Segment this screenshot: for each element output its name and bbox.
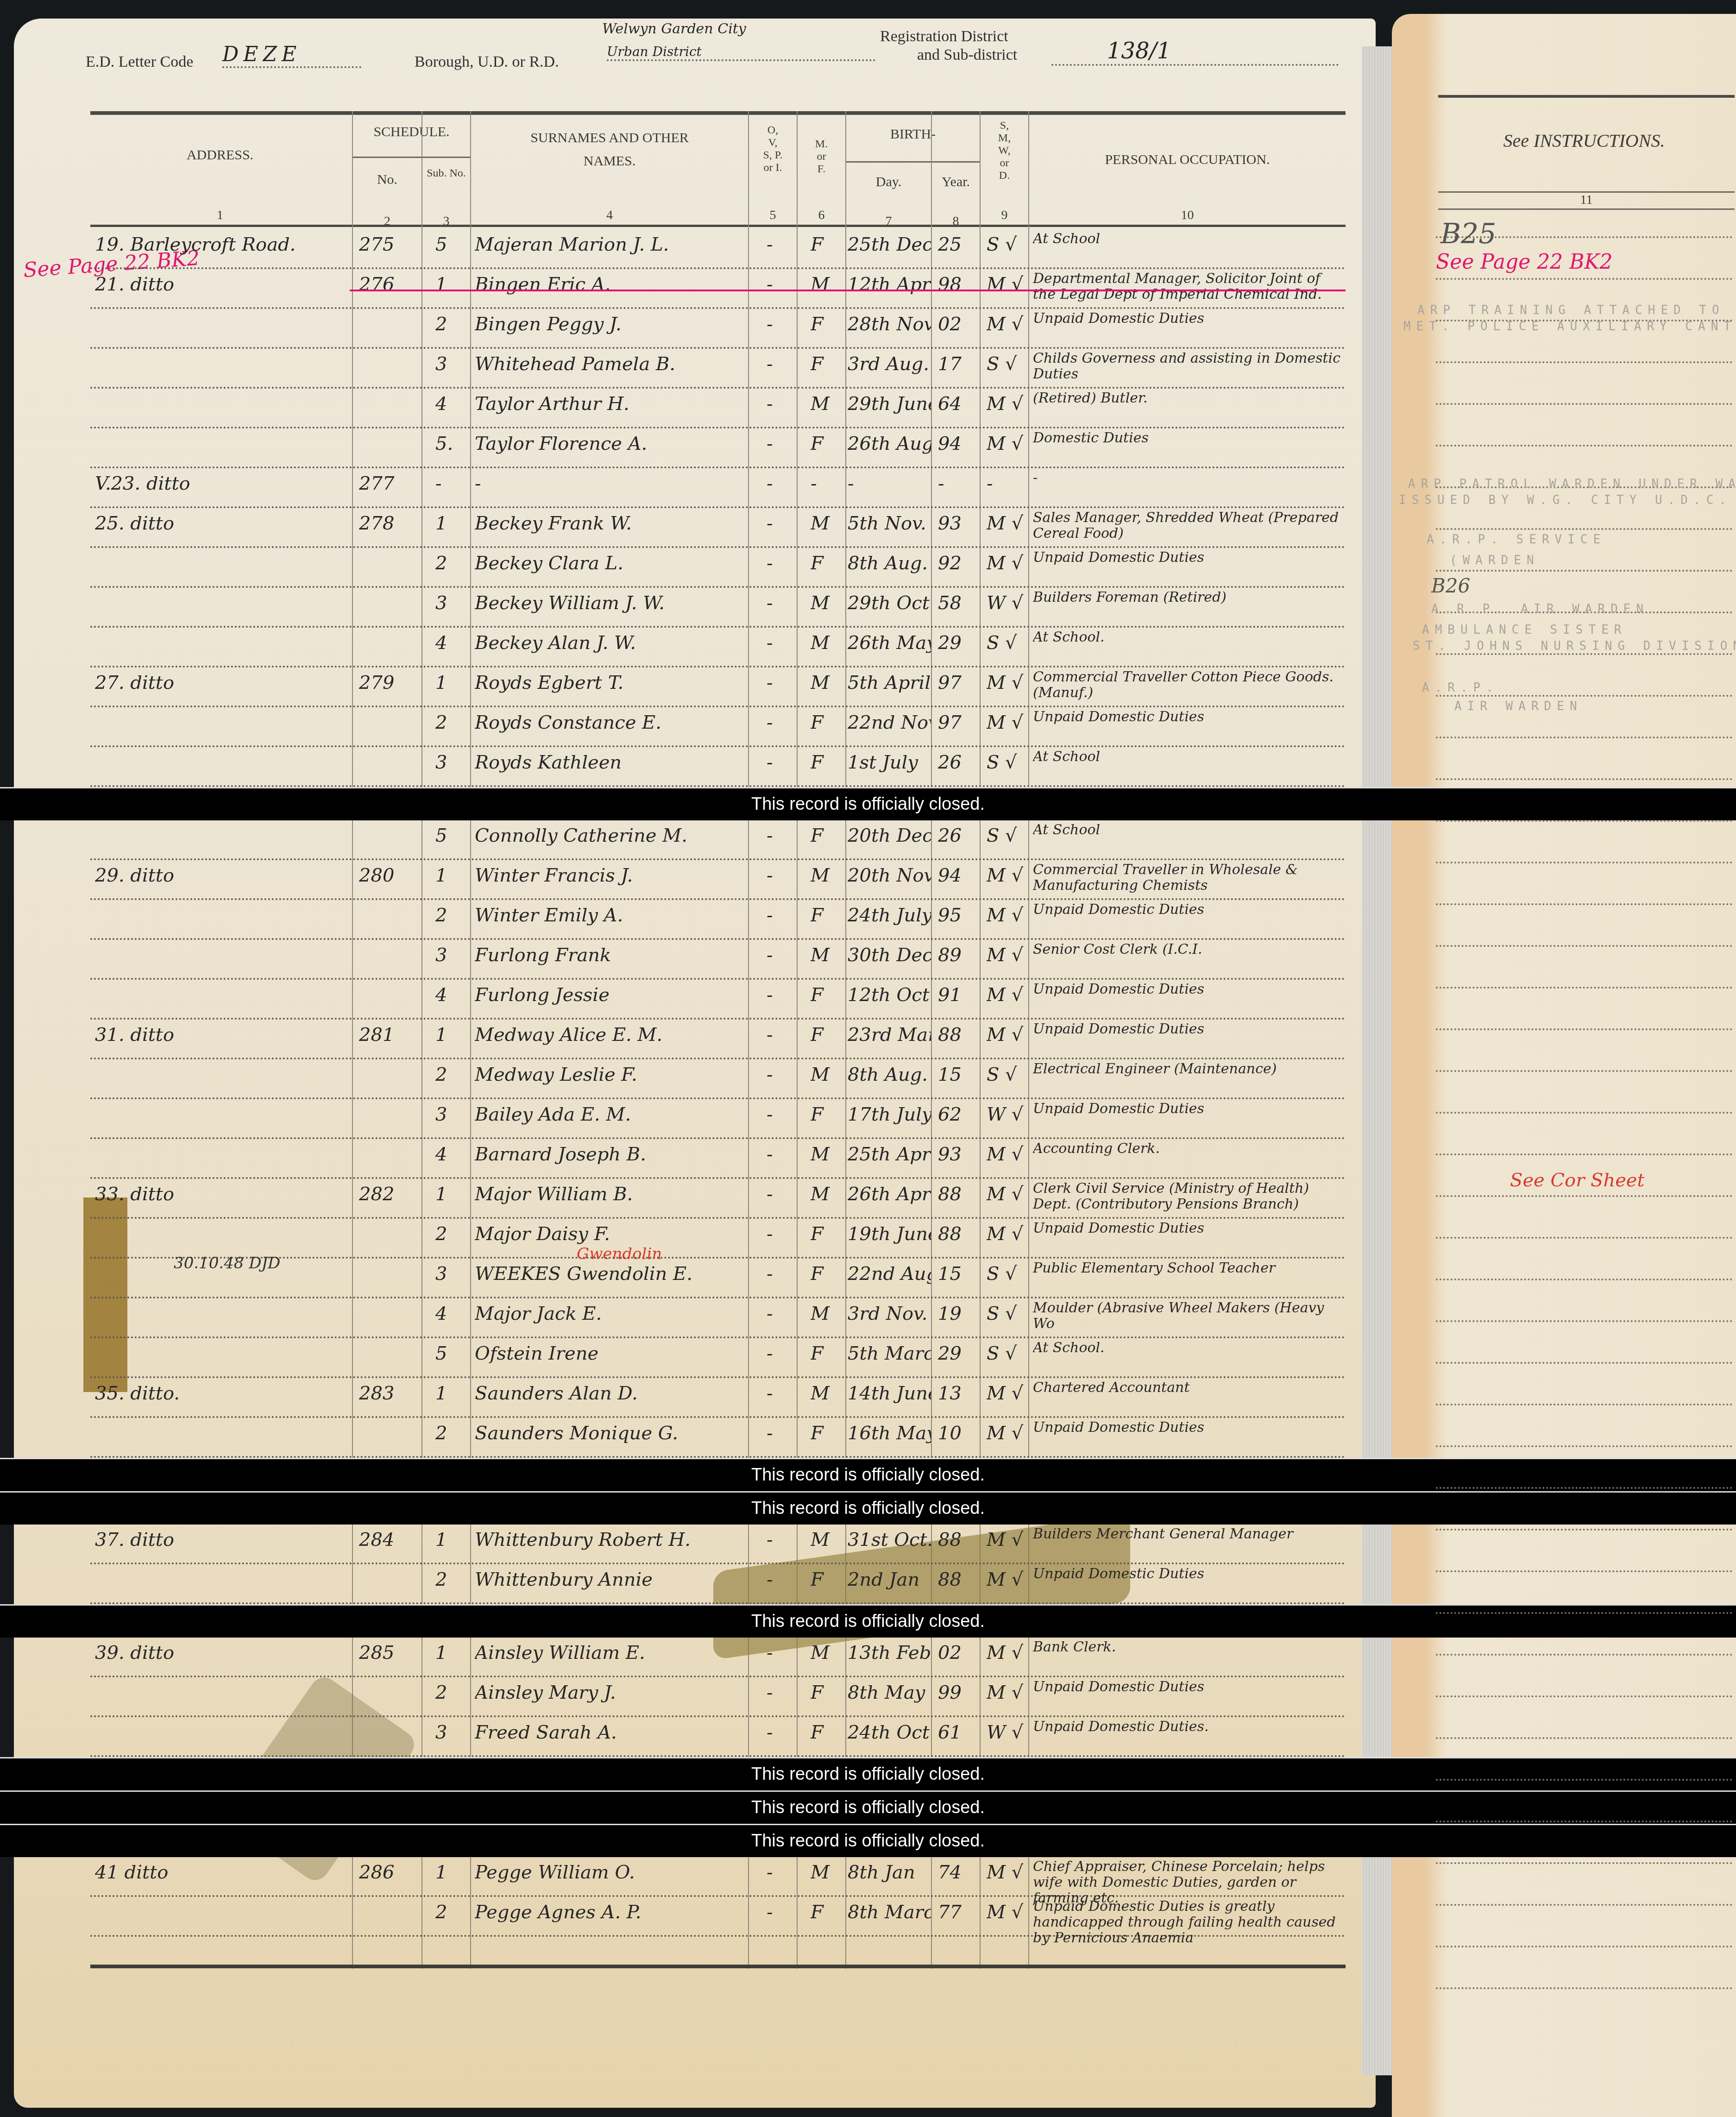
cell-name: Major William B. [475, 1184, 743, 1205]
cell-occupation: Senior Cost Clerk (I.C.I. [1033, 942, 1343, 958]
cell-name: Beckey Clara L. [475, 553, 743, 574]
cell-sub-no: 1 [435, 1529, 463, 1550]
cell-occupation: Unpaid Domestic Duties [1033, 1566, 1343, 1582]
dotted-rule [1436, 1445, 1732, 1447]
dotted-rule [1436, 653, 1732, 655]
dotted-rule [1436, 361, 1732, 363]
cell-sex: F [811, 1343, 838, 1364]
cell-occupation: Chartered Accountant [1033, 1380, 1343, 1396]
cell-name: Beckey Alan J. W. [475, 632, 743, 654]
cell-schedule-no: 282 [359, 1184, 419, 1205]
table-row: 3WEEKES Gwendolin E.-F22nd Aug.15S √Publ… [90, 1259, 1346, 1298]
cell-name: Bingen Peggy J. [475, 314, 743, 335]
dotted-rule [1436, 1946, 1732, 1947]
cell-sex: F [811, 553, 838, 574]
cell-birth-year: 58 [938, 592, 977, 614]
cell-sub-no: 4 [435, 1303, 463, 1324]
cell-address: 29. ditto [95, 865, 345, 886]
cell-ovspi: - [767, 473, 790, 494]
cell-marital-status: S √ [987, 353, 1026, 375]
cell-birth-year: 74 [938, 1862, 977, 1883]
cell-sex: F [811, 1423, 838, 1444]
cell-marital-status: S √ [987, 825, 1026, 846]
dotted-rule [1436, 778, 1732, 780]
dotted-rule [1436, 1695, 1732, 1697]
table-row: 2Whittenbury Annie-F2nd Jan88M √Unpaid D… [90, 1564, 1346, 1604]
cell-marital-status: M √ [987, 1902, 1026, 1923]
cell-birth-day: 30th Dec. [848, 945, 931, 966]
cell-occupation: Unpaid Domestic Duties [1033, 1420, 1343, 1436]
cell-sub-no: - [435, 473, 463, 494]
instructions-col-number: 11 [1438, 191, 1735, 210]
cell-sex: M [811, 1862, 838, 1883]
cell-sub-no: 3 [435, 1104, 463, 1125]
cell-birth-year: 17 [938, 353, 977, 375]
dotted-rule [1436, 737, 1732, 738]
cell-marital-status: M √ [987, 393, 1026, 415]
cell-ovspi: - [767, 1569, 790, 1590]
cell-ovspi: - [767, 1682, 790, 1703]
cell-marital-status: M √ [987, 672, 1026, 693]
cell-name: Major Daisy F. [475, 1223, 743, 1245]
cell-sub-no: 2 [435, 1569, 463, 1590]
cell-sub-no: 3 [435, 752, 463, 773]
cell-sub-no: 2 [435, 1902, 463, 1923]
col-schedule-no: No.2 [352, 157, 421, 231]
borough-value-line2: Urban District [607, 44, 875, 61]
dotted-rule [1436, 1612, 1732, 1614]
dotted-rule [1436, 528, 1732, 530]
cell-sex: F [811, 984, 838, 1006]
cell-name: Furlong Frank [475, 945, 743, 966]
cell-ovspi: - [767, 513, 790, 534]
table-row: 2Ainsley Mary J.-F8th May99M √Unpaid Dom… [90, 1677, 1346, 1717]
cell-sex: F [811, 1569, 838, 1590]
cell-sub-no: 2 [435, 1682, 463, 1703]
cell-marital-status: S √ [987, 1343, 1026, 1364]
cell-birth-day: 22nd Aug. [848, 1263, 931, 1285]
dotted-rule [1436, 1070, 1732, 1072]
dotted-rule [1436, 1821, 1732, 1822]
cell-name: Royds Egbert T. [475, 672, 743, 693]
dotted-rule [1436, 445, 1732, 447]
cell-marital-status: M √ [987, 865, 1026, 886]
instructions-note: A.R.P. SERVICE [1427, 533, 1606, 547]
table-row: 5.Taylor Florence A.-F26th Aug.94M √Dome… [90, 428, 1346, 468]
cell-ovspi: - [767, 632, 790, 654]
cell-birth-year: 97 [938, 712, 977, 733]
cell-ovspi: - [767, 433, 790, 454]
cell-marital-status: M √ [987, 1569, 1026, 1590]
table-row: 4Furlong Jessie-F12th Oct.91M √Unpaid Do… [90, 980, 1346, 1020]
cell-sex: M [811, 1642, 838, 1663]
cell-schedule-no: 284 [359, 1529, 419, 1550]
cell-sex: F [811, 1104, 838, 1125]
cell-marital-status: S √ [987, 234, 1026, 255]
dotted-rule [1436, 1195, 1732, 1197]
cell-occupation: Moulder (Abrasive Wheel Makers (Heavy Wo [1033, 1300, 1343, 1332]
cell-occupation: At School. [1033, 630, 1343, 645]
dotted-rule [1436, 1529, 1732, 1531]
cell-address: V.23. ditto [95, 473, 345, 494]
cell-birth-day: 8th Aug. [848, 1064, 931, 1085]
cell-birth-year: 15 [938, 1263, 977, 1285]
cell-birth-year: 61 [938, 1722, 977, 1743]
dotted-rule [1436, 862, 1732, 863]
cell-sex: F [811, 1223, 838, 1245]
cell-occupation: Public Elementary School Teacher [1033, 1260, 1343, 1276]
col-birth-year: Year.8 [931, 161, 980, 231]
cell-birth-day: 3rd Aug. [848, 353, 931, 375]
table-header: ADDRESS.1 SCHEDULE. No.2 Sub. No.3 SURNA… [90, 111, 1346, 227]
cell-ovspi: - [767, 865, 790, 886]
dotted-rule [1436, 1862, 1732, 1864]
cell-birth-day: 13th Feb. [848, 1642, 931, 1663]
cell-birth-day: 24th Oct. [848, 1722, 931, 1743]
cell-sex: F [811, 1902, 838, 1923]
cell-ovspi: - [767, 945, 790, 966]
dotted-rule [1436, 1737, 1732, 1739]
table-row: 2Beckey Clara L.-F8th Aug.92M √Unpaid Do… [90, 548, 1346, 588]
cell-sub-no: 1 [435, 672, 463, 693]
cell-schedule-no: 276 [359, 274, 419, 295]
dotted-rule [1436, 987, 1732, 989]
cell-ovspi: - [767, 234, 790, 255]
cell-birth-year: 26 [938, 825, 977, 846]
cell-marital-status: M √ [987, 905, 1026, 926]
cell-marital-status: - [987, 473, 1026, 494]
cell-address: 37. ditto [95, 1529, 345, 1550]
instructions-note: AMBULANCE SISTER [1422, 623, 1627, 637]
cell-schedule-no: 283 [359, 1383, 419, 1404]
table-row: 3Furlong Frank-M30th Dec.89M √Senior Cos… [90, 940, 1346, 980]
cell-occupation: Commercial Traveller Cotton Piece Goods.… [1033, 669, 1343, 701]
col-occupation: PERSONAL OCCUPATION.10 [1028, 115, 1346, 225]
cell-sex: F [811, 353, 838, 375]
cell-sex: M [811, 393, 838, 415]
cell-ovspi: - [767, 752, 790, 773]
cell-birth-year: 88 [938, 1184, 977, 1205]
table-row: 2Royds Constance E.-F22nd Nov.97M √Unpai… [90, 707, 1346, 747]
cell-birth-day: 25th April [848, 1144, 931, 1165]
cell-birth-year: 02 [938, 1642, 977, 1663]
sub-district-label: and Sub-district [917, 46, 1017, 64]
cell-sub-no: 2 [435, 553, 463, 574]
dotted-rule [1436, 278, 1732, 280]
cell-occupation: Unpaid Domestic Duties [1033, 709, 1343, 725]
cell-address: 39. ditto [95, 1642, 345, 1663]
cell-ovspi: - [767, 393, 790, 415]
cell-name: Ofstein Irene [475, 1343, 743, 1364]
cell-birth-day: - [848, 473, 931, 494]
cell-sex: M [811, 945, 838, 966]
cell-sub-no: 2 [435, 1223, 463, 1245]
cell-name: Furlong Jessie [475, 984, 743, 1006]
cell-sub-no: 5 [435, 825, 463, 846]
red-correction: Gwendolin [577, 1245, 662, 1263]
cell-sub-no: 3 [435, 592, 463, 614]
table-row: 2Saunders Monique G.-F16th May10M √Unpai… [90, 1418, 1346, 1458]
cell-sub-no: 4 [435, 1144, 463, 1165]
cell-marital-status: M √ [987, 1642, 1026, 1663]
instructions-note: B25 [1440, 218, 1496, 250]
cell-birth-year: 98 [938, 274, 977, 295]
cell-name: Medway Leslie F. [475, 1064, 743, 1085]
registration-district-label: Registration District [880, 28, 1008, 45]
cell-ovspi: - [767, 1722, 790, 1743]
cell-ovspi: - [767, 712, 790, 733]
cell-marital-status: M √ [987, 1423, 1026, 1444]
cell-birth-year: 26 [938, 752, 977, 773]
cell-birth-year: 94 [938, 865, 977, 886]
cell-marital-status: W √ [987, 1722, 1026, 1743]
cell-ovspi: - [767, 1104, 790, 1125]
table-row: 2Major Daisy F.-F19th June88M √Unpaid Do… [90, 1219, 1346, 1259]
table-row: 5Ofstein Irene-F5th March29S √At School. [90, 1338, 1346, 1378]
cell-ovspi: - [767, 1902, 790, 1923]
cell-name: Pegge Agnes A. P. [475, 1902, 743, 1923]
cell-ovspi: - [767, 592, 790, 614]
cell-birth-year: 88 [938, 1024, 977, 1046]
cell-birth-day: 22nd Nov. [848, 712, 931, 733]
closed-record-bar: This record is officially closed. [0, 1824, 1736, 1857]
cell-sub-no: 3 [435, 353, 463, 375]
cell-ovspi: - [767, 1642, 790, 1663]
table-row: 2Winter Emily A.-F24th July95M √Unpaid D… [90, 900, 1346, 940]
cell-birth-year: 77 [938, 1902, 977, 1923]
cell-occupation: (Retired) Butler. [1033, 391, 1343, 406]
cell-birth-year: 95 [938, 905, 977, 926]
table-row: 2Bingen Peggy J.-F28th Nov.02M √Unpaid D… [90, 309, 1346, 349]
cell-sex: M [811, 592, 838, 614]
table-row: 2Pegge Agnes A. P.-F8th March77M √Unpaid… [90, 1897, 1346, 1937]
cell-occupation: At School [1033, 822, 1343, 838]
cell-marital-status: M √ [987, 984, 1026, 1006]
cell-marital-status: S √ [987, 1263, 1026, 1285]
table-row: 29. ditto2801Winter Francis J.-M20th Nov… [90, 860, 1346, 900]
cell-birth-year: 93 [938, 513, 977, 534]
cell-sex: F [811, 1722, 838, 1743]
cell-occupation: Unpaid Domestic Duties [1033, 1221, 1343, 1236]
correction-annotation: 30.10.48 DJD [174, 1254, 280, 1273]
cell-sub-no: 1 [435, 1642, 463, 1663]
cell-birth-year: 91 [938, 984, 977, 1006]
instructions-note: MET. POLICE AUXILIARY CANTEEN SERVICE [1403, 320, 1736, 334]
cell-marital-status: S √ [987, 752, 1026, 773]
cell-schedule-no: 286 [359, 1862, 419, 1883]
cell-sex: M [811, 1383, 838, 1404]
dotted-rule [1436, 695, 1732, 697]
cell-address: 21. ditto [95, 274, 345, 295]
dotted-rule [1436, 1904, 1732, 1906]
table-row: 35. ditto.2831Saunders Alan D.-M14th Jun… [90, 1378, 1346, 1418]
cell-name: Ainsley William E. [475, 1642, 743, 1663]
cell-birth-day: 31st Oct. [848, 1529, 931, 1550]
cell-sex: M [811, 1303, 838, 1324]
registration-district-value: 138/1 [1051, 38, 1339, 66]
cell-occupation: Unpaid Domestic Duties [1033, 1101, 1343, 1117]
cell-sub-no: 5 [435, 234, 463, 255]
table-row: 31. ditto2811Medway Alice E. M.-F23rd Ma… [90, 1020, 1346, 1059]
cell-marital-status: M √ [987, 553, 1026, 574]
cell-occupation: Childs Governess and assisting in Domest… [1033, 351, 1343, 382]
cell-birth-year: 19 [938, 1303, 977, 1324]
cell-birth-year: 99 [938, 1682, 977, 1703]
cell-schedule-no: 277 [359, 473, 419, 494]
borough-value-line1: Welwyn Garden City [602, 21, 746, 37]
cell-occupation: Builders Foreman (Retired) [1033, 590, 1343, 605]
cell-sex: F [811, 234, 838, 255]
dotted-rule [1436, 1112, 1732, 1114]
cell-marital-status: M √ [987, 1024, 1026, 1046]
cell-sex: F [811, 752, 838, 773]
dotted-rule [1436, 1028, 1732, 1030]
instructions-note: See Cor Sheet [1510, 1170, 1645, 1191]
cell-marital-status: S √ [987, 1303, 1026, 1324]
table-row: 25. ditto2781Beckey Frank W.-M5th Nov.93… [90, 508, 1346, 548]
cell-sub-no: 1 [435, 865, 463, 886]
cell-sub-no: 2 [435, 1423, 463, 1444]
cell-sex: F [811, 314, 838, 335]
cell-birth-day: 5th April [848, 672, 931, 693]
cell-ovspi: - [767, 984, 790, 1006]
cell-occupation: Unpaid Domestic Duties [1033, 1679, 1343, 1695]
cell-sub-no: 3 [435, 1263, 463, 1285]
cell-birth-year: 13 [938, 1383, 977, 1404]
col-address: ADDRESS.1 [90, 115, 350, 225]
col-ovspi: O, V, S, P. or I.5 [748, 115, 797, 225]
cell-ovspi: - [767, 1423, 790, 1444]
cell-name: Royds Kathleen [475, 752, 743, 773]
cell-ovspi: - [767, 1263, 790, 1285]
cell-occupation: Clerk Civil Service (Ministry of Health)… [1033, 1181, 1343, 1212]
table-row: 5Connolly Catherine M.-F20th Dec.26S √At… [90, 820, 1346, 860]
cell-occupation: Bank Clerk. [1033, 1639, 1343, 1655]
cell-name: Major Jack E. [475, 1303, 743, 1324]
cell-ovspi: - [767, 825, 790, 846]
cell-birth-year: - [938, 473, 977, 494]
cell-marital-status: S √ [987, 632, 1026, 654]
cell-name: - [475, 473, 743, 494]
cell-birth-day: 8th May [848, 1682, 931, 1703]
cell-birth-day: 28th Nov. [848, 314, 931, 335]
instructions-note: B26 [1431, 574, 1470, 597]
cell-occupation: Unpaid Domestic Duties [1033, 550, 1343, 566]
instructions-note: See Page 22 BK2 [1436, 250, 1612, 274]
cell-marital-status: S √ [987, 1064, 1026, 1085]
borough-label: Borough, U.D. or R.D. [415, 53, 559, 71]
cell-birth-year: 89 [938, 945, 977, 966]
table-bottom-rule [90, 1965, 1346, 1968]
table-row: 4Barnard Joseph B.-M25th April93M √Accou… [90, 1139, 1346, 1179]
cell-sub-no: 1 [435, 274, 463, 295]
cell-marital-status: M √ [987, 1682, 1026, 1703]
table-row: 3Bailey Ada E. M.-F17th July62W √Unpaid … [90, 1099, 1346, 1139]
cell-sex: F [811, 1263, 838, 1285]
cell-sub-no: 3 [435, 1722, 463, 1743]
cell-name: Ainsley Mary J. [475, 1682, 743, 1703]
dotted-rule [1436, 1570, 1732, 1572]
cell-birth-day: 12th Oct. [848, 984, 931, 1006]
cell-birth-year: 25 [938, 234, 977, 255]
cell-birth-day: 29th Oct. [848, 592, 931, 614]
dotted-rule [1436, 820, 1732, 822]
table-row: 3Whitehead Pamela B.-F3rd Aug.17S √Child… [90, 349, 1346, 389]
dotted-rule [1436, 1153, 1732, 1155]
cell-marital-status: M √ [987, 314, 1026, 335]
dotted-rule [1436, 1320, 1732, 1322]
closed-record-bar: This record is officially closed. [0, 1790, 1736, 1824]
cell-ovspi: - [767, 1184, 790, 1205]
cell-marital-status: M √ [987, 1383, 1026, 1404]
closed-record-bar: This record is officially closed. [0, 1757, 1736, 1790]
instructions-note: ST. JOHNS NURSING DIVISION [1413, 639, 1736, 653]
cell-occupation: Unpaid Domestic Duties [1033, 902, 1343, 918]
cell-birth-year: 88 [938, 1529, 977, 1550]
cell-birth-day: 5th Nov. [848, 513, 931, 534]
cell-name: Majeran Marion J. L. [475, 234, 743, 255]
cell-schedule-no: 279 [359, 672, 419, 693]
cell-sex: F [811, 1024, 838, 1046]
table-row: 3Freed Sarah A.-F24th Oct.61W √Unpaid Do… [90, 1717, 1346, 1757]
ed-letter-code-value: DEZE [222, 43, 361, 68]
closed-record-bar: This record is officially closed. [0, 1458, 1736, 1491]
cell-name: Saunders Alan D. [475, 1383, 743, 1404]
cell-sex: M [811, 632, 838, 654]
cell-birth-day: 26th April [848, 1184, 931, 1205]
cell-sex: M [811, 274, 838, 295]
col-birth-day: Day.7 [845, 161, 931, 231]
cell-marital-status: M √ [987, 1529, 1026, 1550]
cell-birth-day: 26th Aug. [848, 433, 931, 454]
cell-birth-year: 10 [938, 1423, 977, 1444]
cell-birth-day: 8th Jan [848, 1862, 931, 1883]
table-row: V.23. ditto277-------- [90, 468, 1346, 508]
cell-marital-status: M √ [987, 433, 1026, 454]
table-row: 19. Barleycroft Road.2755Majeran Marion … [90, 229, 1346, 269]
cell-birth-year: 62 [938, 1104, 977, 1125]
cell-birth-year: 02 [938, 314, 977, 335]
closed-record-bar: This record is officially closed. [0, 787, 1736, 820]
table-row: 3Royds Kathleen-F1st July26S √At School [90, 747, 1346, 787]
cell-sub-no: 2 [435, 1064, 463, 1085]
cell-ovspi: - [767, 1064, 790, 1085]
cell-marital-status: M √ [987, 1144, 1026, 1165]
cell-schedule-no: 280 [359, 865, 419, 886]
cell-sub-no: 1 [435, 1383, 463, 1404]
cell-name: WEEKES Gwendolin E. [475, 1263, 743, 1285]
cell-sub-no: 4 [435, 393, 463, 415]
cell-sub-no: 2 [435, 314, 463, 335]
cell-sub-no: 1 [435, 1862, 463, 1883]
cell-name: Barnard Joseph B. [475, 1144, 743, 1165]
cell-birth-year: 15 [938, 1064, 977, 1085]
cell-name: Taylor Florence A. [475, 433, 743, 454]
cell-sub-no: 1 [435, 1024, 463, 1046]
cell-ovspi: - [767, 1343, 790, 1364]
cell-sex: F [811, 825, 838, 846]
cell-sex: M [811, 1184, 838, 1205]
cell-address: 31. ditto [95, 1024, 345, 1046]
dotted-rule [1436, 1362, 1732, 1364]
cell-sub-no: 5 [435, 1343, 463, 1364]
cell-birth-day: 17th July [848, 1104, 931, 1125]
cell-ovspi: - [767, 672, 790, 693]
cell-name: Whittenbury Robert H. [475, 1529, 743, 1550]
cell-sex: M [811, 672, 838, 693]
cell-name: Whittenbury Annie [475, 1569, 743, 1590]
cell-birth-day: 3rd Nov. [848, 1303, 931, 1324]
